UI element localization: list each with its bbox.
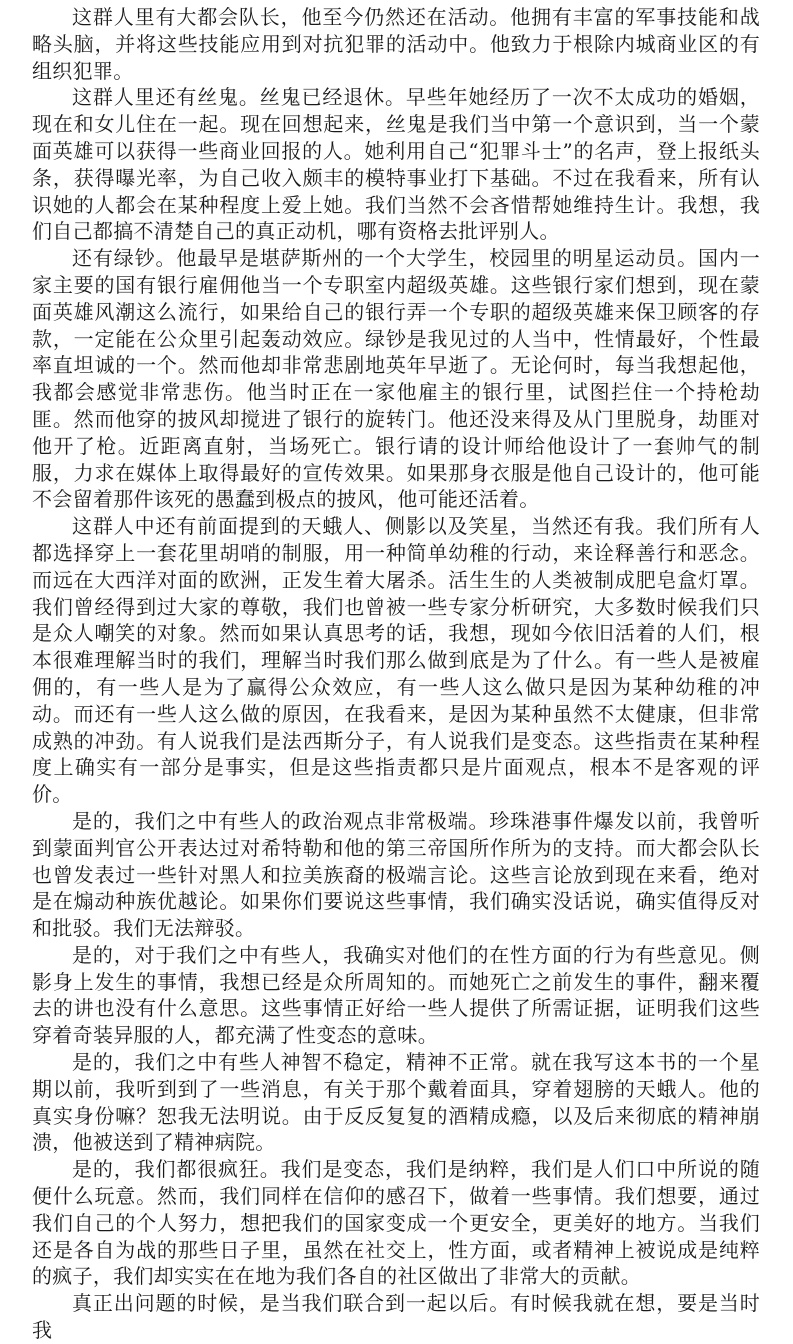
- paragraph: 是的，我们都很疯狂。我们是变态，我们是纳粹，我们是人们口中所说的随便什么玩意。然…: [32, 1156, 760, 1221]
- paragraph: 是的，我们之中有些人神智不稳定，精神不正常。就在我写这本书的一个星期以前，我听到…: [32, 1049, 760, 1156]
- paragraph: 是的，我们之中有些人的政治观点非常极端。珍珠港事件爆发以前，我曾听到蒙面判官公开…: [32, 808, 760, 942]
- paragraph: 还有绿钞。他最早是堪萨斯州的一个大学生，校园里的明星运动员。国内一家主要的国有银…: [32, 245, 760, 513]
- paragraph: 这群人中还有前面提到的天蛾人、侧影以及笑星，当然还有我。我们所有人都选择穿上一套…: [32, 513, 760, 808]
- document-page: 这群人里有大都会队长，他至今仍然还在活动。他拥有丰富的军事技能和战略头脑，并将这…: [32, 4, 760, 1221]
- paragraph: 这群人里有大都会队长，他至今仍然还在活动。他拥有丰富的军事技能和战略头脑，并将这…: [32, 4, 760, 84]
- paragraph: 这群人里还有丝鬼。丝鬼已经退休。早些年她经历了一次不太成功的婚姻，现在和女儿住在…: [32, 84, 760, 245]
- paragraph: 是的，对于我们之中有些人，我确实对他们的在性方面的行为有些意见。侧影身上发生的事…: [32, 942, 760, 1049]
